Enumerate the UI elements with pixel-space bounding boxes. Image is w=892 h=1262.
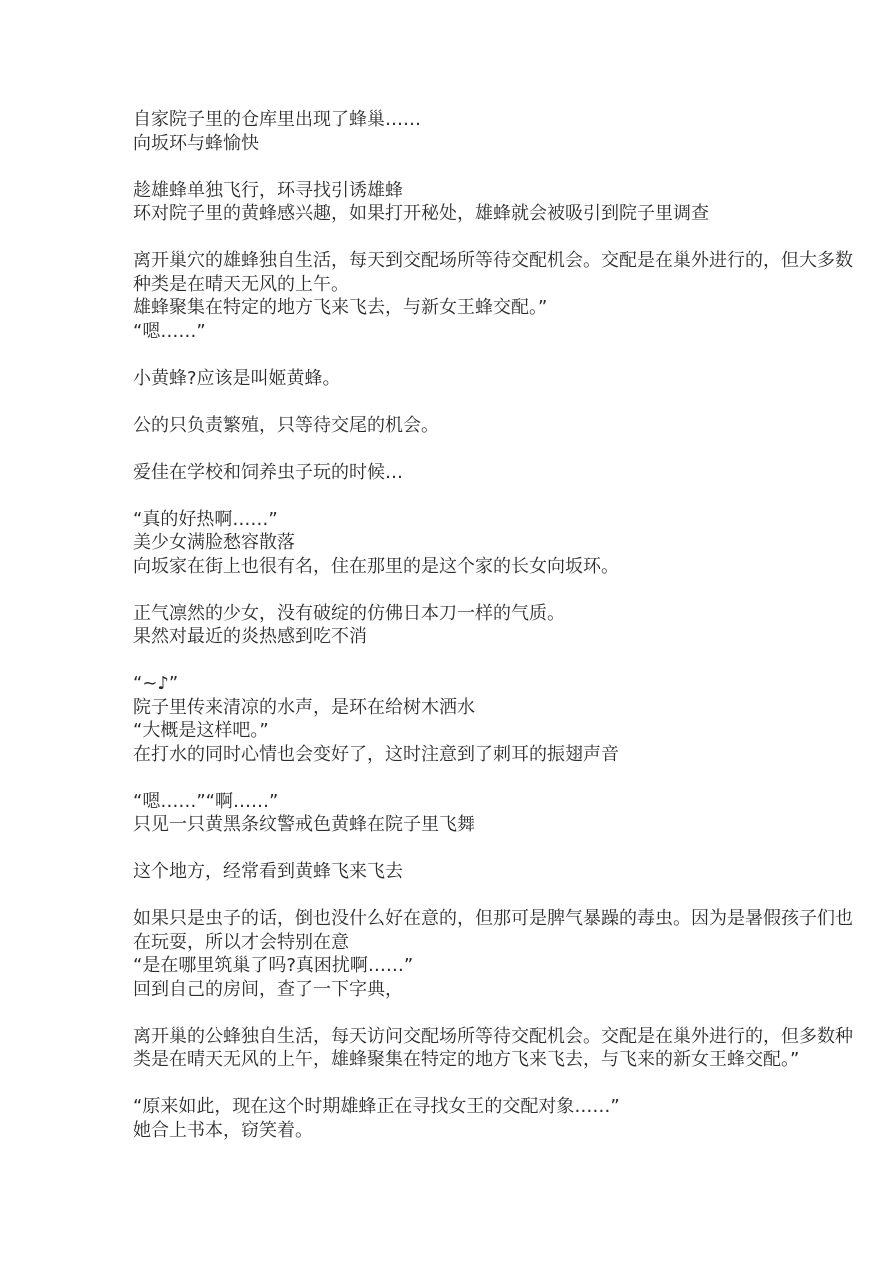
text-line: 环对院子里的黄蜂感兴趣，如果打开秘处，雄蜂就会被吸引到院子里调查 xyxy=(133,202,858,226)
text-line: 如果只是虫子的话，倒也没什么好在意的，但那可是脾气暴躁的毒虫。因为是暑假孩子们也 xyxy=(133,907,858,931)
paragraph: 如果只是虫子的话，倒也没什么好在意的，但那可是脾气暴躁的毒虫。因为是暑假孩子们也… xyxy=(133,907,858,1001)
text-line: 回到自己的房间，查了一下字典， xyxy=(133,978,858,1002)
paragraph: 正气凛然的少女，没有破绽的仿佛日本刀一样的气质。果然对最近的炎热感到吃不消 xyxy=(133,602,858,649)
text-line: 只见一只黄黑条纹警戒色黄蜂在院子里飞舞 xyxy=(133,813,858,837)
text-line: 公的只负责繁殖，只等待交尾的机会。 xyxy=(133,414,858,438)
text-line: “大概是这样吧。” xyxy=(133,719,858,743)
text-line: 美少女满脸愁容散落 xyxy=(133,531,858,555)
text-line: 这个地方，经常看到黄蜂飞来飞去 xyxy=(133,860,858,884)
text-line: “原来如此，现在这个时期雄蜂正在寻找女王的交配对象……” xyxy=(133,1095,858,1119)
paragraph: “~♪”院子里传来清凉的水声，是环在给树木洒水“大概是这样吧。”在打水的同时心情… xyxy=(133,672,858,766)
text-line: 趁雄蜂单独飞行，环寻找引诱雄蜂 xyxy=(133,179,858,203)
paragraph: 自家院子里的仓库里出现了蜂巢……向坂环与蜂愉快 xyxy=(133,108,858,155)
paragraph: “嗯……”“啊……”只见一只黄黑条纹警戒色黄蜂在院子里飞舞 xyxy=(133,790,858,837)
text-line: “嗯……”“啊……” xyxy=(133,790,858,814)
text-line: “真的好热啊……” xyxy=(133,508,858,532)
text-line: 小黄蜂?应该是叫姬黄蜂。 xyxy=(133,367,858,391)
text-line: 果然对最近的炎热感到吃不消 xyxy=(133,625,858,649)
text-line: “嗯……” xyxy=(133,320,858,344)
paragraph: 小黄蜂?应该是叫姬黄蜂。 xyxy=(133,367,858,391)
paragraph: “原来如此，现在这个时期雄蜂正在寻找女王的交配对象……”她合上书本，窃笑着。 xyxy=(133,1095,858,1142)
text-line: 自家院子里的仓库里出现了蜂巢…… xyxy=(133,108,858,132)
text-line: 类是在晴天无风的上午，雄蜂聚集在特定的地方飞来飞去，与飞来的新女王蜂交配。” xyxy=(133,1048,858,1072)
text-line: 她合上书本，窃笑着。 xyxy=(133,1119,858,1143)
text-line: 院子里传来清凉的水声，是环在给树木洒水 xyxy=(133,696,858,720)
text-line: 向坂环与蜂愉快 xyxy=(133,132,858,156)
paragraph: 离开巢的公蜂独自生活，每天访问交配场所等待交配机会。交配是在巢外进行的，但多数种… xyxy=(133,1025,858,1072)
text-line: 向坂家在街上也很有名，住在那里的是这个家的长女向坂环。 xyxy=(133,555,858,579)
text-line: 离开巢穴的雄蜂独自生活，每天到交配场所等待交配机会。交配是在巢外进行的，但大多数 xyxy=(133,249,858,273)
text-line: 在打水的同时心情也会变好了，这时注意到了刺耳的振翅声音 xyxy=(133,743,858,767)
paragraph: 公的只负责繁殖，只等待交尾的机会。 xyxy=(133,414,858,438)
paragraph: 爱佳在学校和饲养虫子玩的时候… xyxy=(133,461,858,485)
text-line: 在玩耍，所以才会特别在意 xyxy=(133,931,858,955)
text-line: “是在哪里筑巢了吗?真困扰啊……” xyxy=(133,954,858,978)
text-line: 种类是在晴天无风的上午。 xyxy=(133,273,858,297)
paragraph: 趁雄蜂单独飞行，环寻找引诱雄蜂环对院子里的黄蜂感兴趣，如果打开秘处，雄蜂就会被吸… xyxy=(133,179,858,226)
paragraph: “真的好热啊……”美少女满脸愁容散落向坂家在街上也很有名，住在那里的是这个家的长… xyxy=(133,508,858,579)
text-line: 离开巢的公蜂独自生活，每天访问交配场所等待交配机会。交配是在巢外进行的，但多数种 xyxy=(133,1025,858,1049)
document-page: 自家院子里的仓库里出现了蜂巢……向坂环与蜂愉快趁雄蜂单独飞行，环寻找引诱雄蜂环对… xyxy=(0,0,892,1262)
novel-text: 自家院子里的仓库里出现了蜂巢……向坂环与蜂愉快趁雄蜂单独飞行，环寻找引诱雄蜂环对… xyxy=(133,108,858,1166)
text-line: 爱佳在学校和饲养虫子玩的时候… xyxy=(133,461,858,485)
paragraph: 离开巢穴的雄蜂独自生活，每天到交配场所等待交配机会。交配是在巢外进行的，但大多数… xyxy=(133,249,858,343)
text-line: “~♪” xyxy=(133,672,858,696)
text-line: 雄蜂聚集在特定的地方飞来飞去，与新女王蜂交配。” xyxy=(133,296,858,320)
paragraph: 这个地方，经常看到黄蜂飞来飞去 xyxy=(133,860,858,884)
text-line: 正气凛然的少女，没有破绽的仿佛日本刀一样的气质。 xyxy=(133,602,858,626)
